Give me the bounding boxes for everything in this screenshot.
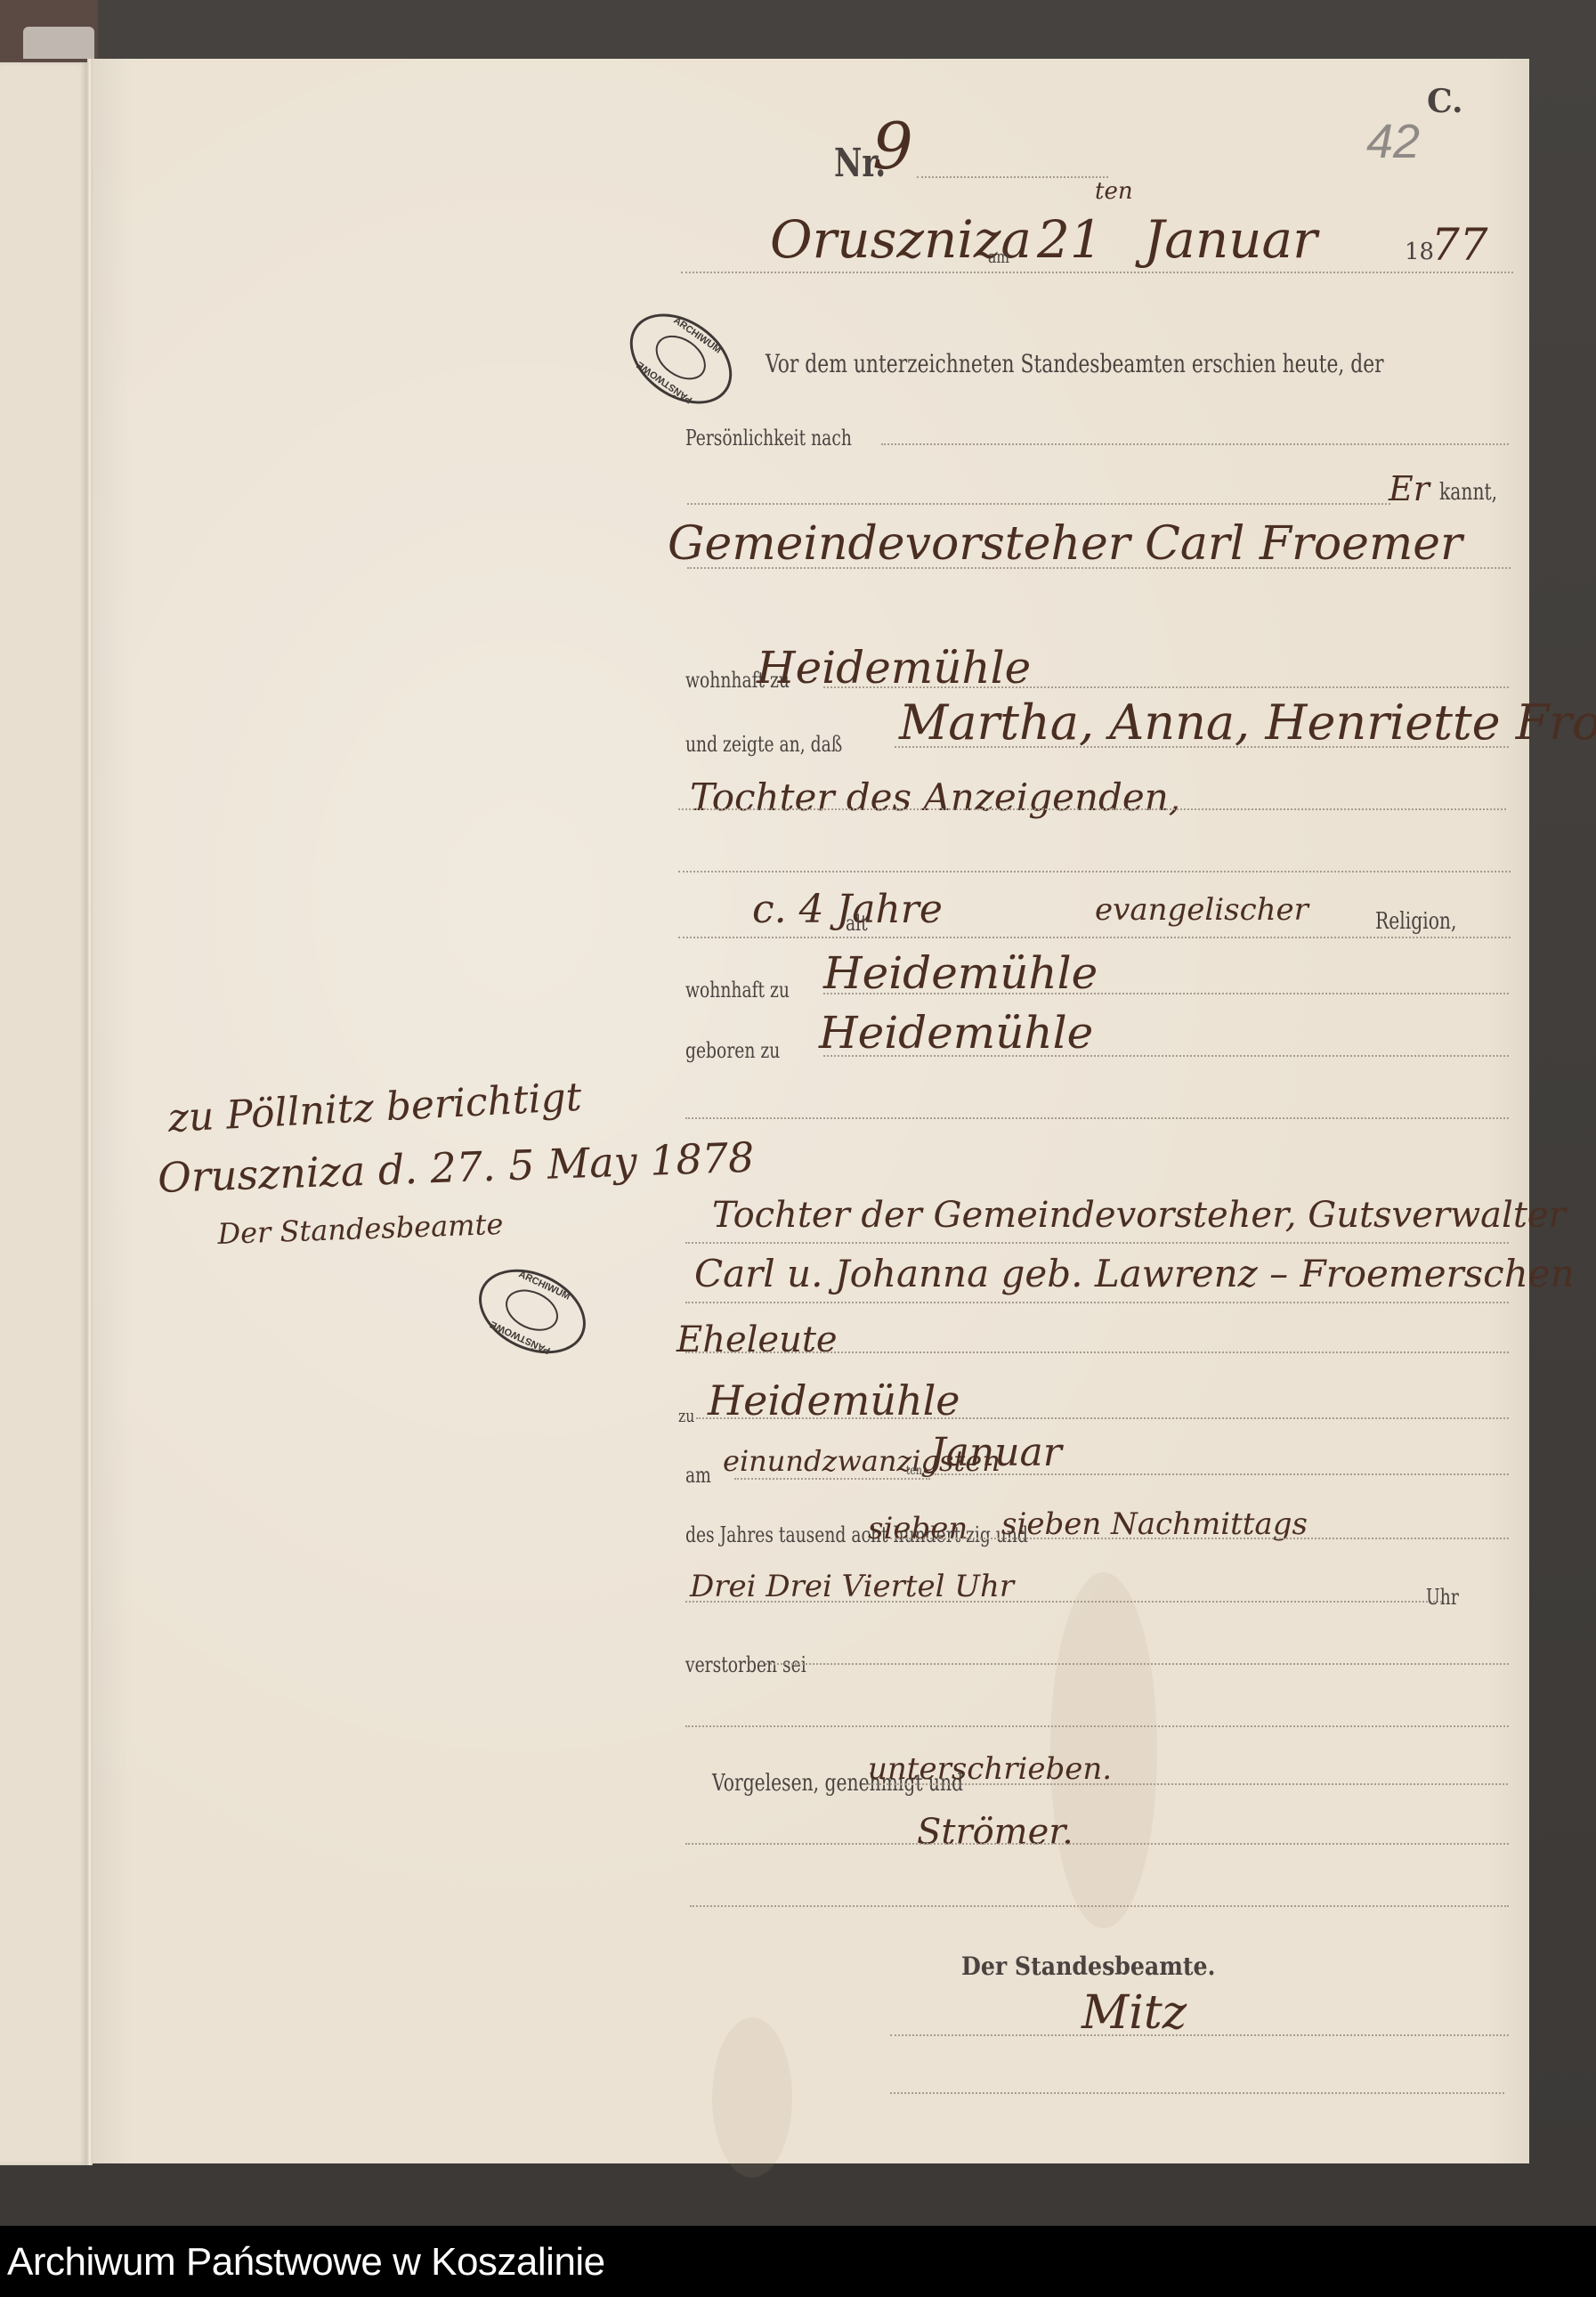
religion-handwritten: evangelischer bbox=[1095, 895, 1308, 925]
archive-name: Archiwum Państwowe w Koszalinie bbox=[7, 2240, 605, 2285]
blank-line bbox=[685, 1725, 1509, 1727]
zu-label: zu bbox=[678, 1407, 694, 1424]
bekannt-label: kannt, bbox=[1439, 481, 1497, 504]
religion-label: Religion, bbox=[1375, 910, 1456, 933]
parents-line2: Carl u. Johanna geb. Lawrenz – Froemersc… bbox=[694, 1255, 1575, 1293]
blank-line bbox=[890, 2092, 1504, 2094]
informant-signature: Strömer. bbox=[917, 1814, 1073, 1850]
official-signature: Mitz bbox=[1082, 1990, 1187, 2036]
informant-name: Gemeindevorsteher Carl Froemer bbox=[668, 521, 1462, 567]
death-place: Heidemühle bbox=[708, 1380, 960, 1421]
verstorben-label: verstorben sei bbox=[685, 1654, 806, 1676]
signature-line bbox=[685, 1843, 1509, 1845]
alt-label: alt bbox=[846, 913, 868, 934]
archive-footer-bar: Archiwum Państwowe w Koszalinie bbox=[0, 2226, 1596, 2297]
parents-line1-rule bbox=[685, 1242, 1509, 1244]
deceased-name: Martha, Anna, Henriette Froemer, bbox=[899, 699, 1596, 747]
blank-line bbox=[678, 871, 1511, 873]
geboren-label: geboren zu bbox=[685, 1040, 780, 1061]
informant-line bbox=[687, 567, 1511, 569]
am-label: am bbox=[685, 1465, 711, 1486]
record-day-suffix: ten bbox=[1095, 180, 1133, 203]
page-fold bbox=[87, 59, 93, 2165]
form-letter: C. bbox=[1427, 85, 1463, 118]
day-line bbox=[734, 1478, 930, 1480]
zeigte-label: und zeigte an, daß bbox=[685, 734, 842, 755]
binding-thread bbox=[23, 27, 94, 59]
birthplace: Heidemühle bbox=[819, 1011, 1093, 1055]
year-units-handwritten: sieben Nachmittags bbox=[1001, 1509, 1308, 1539]
previous-page-edge bbox=[0, 62, 87, 2165]
year-prefix: 18 bbox=[1405, 240, 1434, 264]
record-number: 9 bbox=[872, 114, 913, 178]
official-signature-line bbox=[890, 2034, 1509, 2036]
relation-text: Tochter des Anzeigenden, bbox=[690, 779, 1180, 816]
paper-stain bbox=[1050, 1572, 1157, 1928]
official-label: Der Standesbeamte. bbox=[961, 1954, 1215, 1979]
am-label: am bbox=[988, 248, 1009, 265]
intro-text: Vor dem unterzeichneten Standesbeamten e… bbox=[766, 352, 1384, 377]
verstorben-line bbox=[766, 1663, 1509, 1665]
ten-label: ten bbox=[906, 1465, 922, 1477]
record-day: 21 bbox=[1037, 214, 1103, 265]
persoenlichkeit-line bbox=[881, 443, 1509, 445]
persoenlichkeit-label: Persönlichkeit nach bbox=[685, 427, 852, 449]
parents-line3-rule bbox=[685, 1351, 1509, 1353]
death-time: Drei Drei Viertel Uhr bbox=[690, 1571, 1014, 1602]
paper-stain bbox=[712, 2017, 792, 2178]
date-line bbox=[681, 272, 1513, 273]
age-line bbox=[678, 937, 1511, 938]
relation-line bbox=[678, 808, 1506, 810]
parents-line1: Tochter der Gemeindevorsteher, Gutsverwa… bbox=[712, 1197, 1566, 1233]
year-suffix: 77 bbox=[1431, 223, 1488, 267]
death-month: Januar bbox=[930, 1433, 1062, 1473]
time-line bbox=[685, 1601, 1442, 1603]
vorgelesen-handwritten: unterschrieben. bbox=[868, 1754, 1112, 1784]
informant-residence: Heidemühle bbox=[757, 645, 1031, 690]
deceased-residence: Heidemühle bbox=[823, 951, 1098, 995]
year-line bbox=[890, 1538, 1509, 1539]
wohnhaft2-label: wohnhaft zu bbox=[685, 979, 790, 1001]
blank-line bbox=[690, 1905, 1509, 1907]
record-month: Januar bbox=[1144, 214, 1317, 265]
book-binding bbox=[0, 0, 98, 62]
uhr-label: Uhr bbox=[1426, 1587, 1459, 1608]
parents-line2-rule bbox=[685, 1302, 1509, 1303]
bekannt-handwritten: Er bbox=[1389, 472, 1430, 506]
blank-line bbox=[685, 1117, 1509, 1119]
nr-line bbox=[917, 176, 1108, 178]
bekannt-line bbox=[687, 503, 1390, 505]
pencil-folio-number: 42 bbox=[1366, 118, 1420, 166]
